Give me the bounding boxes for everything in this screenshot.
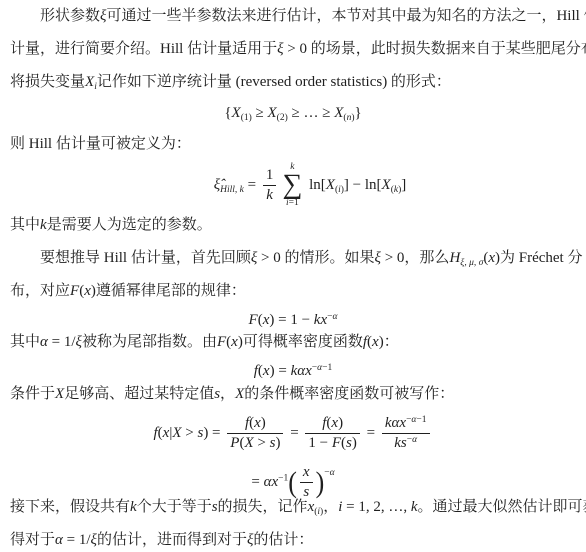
text-line-2: 计量，进行简要介绍。Hill 估计量适用于ξ > 0 的场景，此时损失数据来自于… [10, 33, 576, 66]
text-line-7: 布，对应F(x)遵循幂律尾部的规律： [10, 275, 576, 308]
text-line-1: 形状参数ξ可通过一些半参数法来进行估计，本节对其中最为知名的方法之一，Hill … [10, 0, 576, 33]
text-line-8: 其中α = 1/ξ被称为尾部指数。由F(x)可得概率密度函数f(x)： [10, 326, 576, 359]
text-line-11: 得对于α = 1/ξ的估计，进而得到对于ξ的估计： [10, 524, 576, 552]
text-line-6: 要想推导 Hill 估计量，首先回顾ξ > 0 的情形。如果ξ > 0，那么Hξ… [10, 242, 576, 275]
text-line-4: 则 Hill 估计量可被定义为： [10, 128, 576, 161]
formula-conditional-pdf-simplified: = αx−1(xs)−α [10, 455, 576, 491]
formula-conditional-pdf: f(x|X > s) = f(x)P(X > s) = f(x)1 − F(s)… [10, 411, 576, 455]
formula-hill-estimator: ξ̂Hill, k = 1kk∑i=1 ln[X(i)] − ln[X(k)] [10, 161, 576, 209]
text-line-3: 将损失变量Xi记作如下逆序统计量 (reversed order statist… [10, 66, 576, 99]
document-page: 形状参数ξ可通过一些半参数法来进行估计，本节对其中最为知名的方法之一，Hill … [0, 0, 586, 552]
formula-order-statistics: {X(1) ≥ X(2) ≥ … ≥ X(n)} [10, 98, 576, 128]
text-line-9: 条件于X足够高、超过某特定值s，X的条件概率密度函数可被写作： [10, 378, 576, 411]
formula-pdf: f(x) = kαx−α−1 [10, 358, 576, 378]
text-line-5: 其中k是需要人为选定的参数。 [10, 209, 576, 242]
formula-power-law-cdf: F(x) = 1 − kx−α [10, 308, 576, 326]
